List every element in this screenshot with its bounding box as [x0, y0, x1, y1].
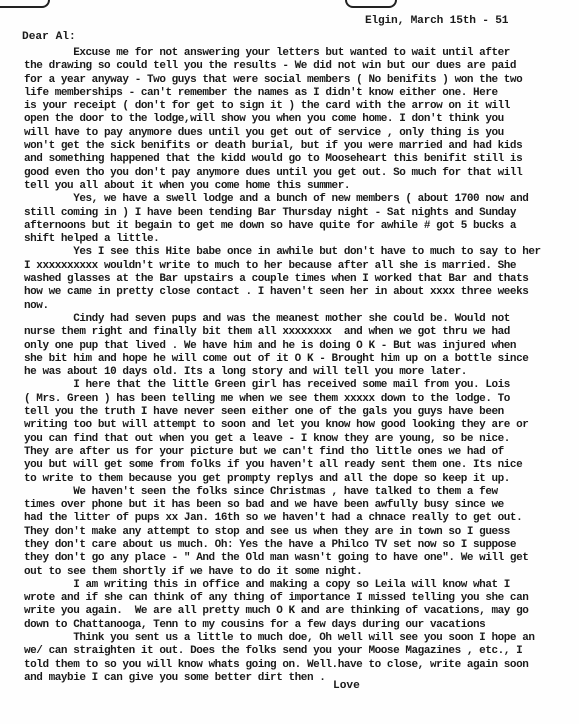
letter-line: open the door to the lodge,will show you…	[24, 113, 564, 126]
letter-line: still coming in ) I have been tending Ba…	[24, 207, 564, 220]
letter-line: will have to pay anymore dues until you …	[24, 127, 564, 140]
letter-line: They are after us for your picture but w…	[24, 446, 564, 459]
dateline: Elgin, March 15th - 51	[365, 15, 508, 27]
letter-line: only one pup that lived . We have him an…	[24, 340, 564, 353]
letter-line: writing too but will attempt to soon and…	[24, 419, 564, 432]
letter-line: I xxxxxxxxxx wouldn't write to much to h…	[24, 260, 564, 273]
letter-line: and something happened that the kidd wou…	[24, 153, 564, 166]
letterhead-stamp-left	[0, 0, 50, 8]
letter-line: They don't make any attempt to stop and …	[24, 526, 564, 539]
letter-body: Excuse me for not answering your letters…	[24, 47, 564, 685]
letter-line: shift helped a little.	[24, 233, 564, 246]
letterhead-stamp-right	[345, 0, 397, 8]
letter-line: afternoons but it begain to get me down …	[24, 220, 564, 233]
letter-line: nurse them right and finally bit them al…	[24, 326, 564, 339]
letter-line: Excuse me for not answering your letters…	[24, 47, 564, 60]
letter-line: times over phone but it has been so bad …	[24, 499, 564, 512]
letter-line: they don't care about us much. Oh: Yes t…	[24, 539, 564, 552]
letter-line: Cindy had seven pups and was the meanest…	[24, 313, 564, 326]
letter-line: they don't go any place - " And the Old …	[24, 552, 564, 565]
letter-line: we/ can straighten it out. Does the folk…	[24, 645, 564, 658]
letter-line: to write to them because you get prompty…	[24, 473, 564, 486]
letter-line: and maybie I can give you some better di…	[24, 672, 564, 685]
letter-line: tell you all about it when you come home…	[24, 180, 564, 193]
letter-line: I here that the little Green girl has re…	[24, 379, 564, 392]
letter-line: how we came in pretty close contact . I …	[24, 286, 564, 299]
letter-line: out to see them shortly if we have to do…	[24, 566, 564, 579]
letter-line: you but will get some from folks if you …	[24, 459, 564, 472]
letter-line: is your receipt ( don't for get to sign …	[24, 100, 564, 113]
letter-line: the drawing so could tell you the result…	[24, 60, 564, 73]
letter-line: had the litter of pups xx Jan. 16th so w…	[24, 512, 564, 525]
letter-line: he was about 10 days old. Its a long sto…	[24, 366, 564, 379]
letter-line: won't get the sick benifits or death bur…	[24, 140, 564, 153]
letter-line: Yes I see this Hite babe once in awhile …	[24, 246, 564, 259]
closing: Love	[333, 680, 360, 692]
letter-line: good even tho you don't pay anymore dues…	[24, 167, 564, 180]
letter-line: wrote and if she can think of any thing …	[24, 592, 564, 605]
letter-line: she bit him and hope he will come out of…	[24, 353, 564, 366]
letter-line: tell you the truth I have never seen eit…	[24, 406, 564, 419]
letter-line: write you again. We are all pretty much …	[24, 605, 564, 618]
letter-line: you can find that out when you get a lea…	[24, 433, 564, 446]
letter-line: I am writing this in office and making a…	[24, 579, 564, 592]
letter-line: washed glasses at the Bar upstairs a cou…	[24, 273, 564, 286]
letter-line: for a year anyway - Two guys that were s…	[24, 74, 564, 87]
letter-line: ( Mrs. Green ) has been telling me when …	[24, 393, 564, 406]
letter-line: told them to so you will know whats goin…	[24, 659, 564, 672]
letter-line: We haven't seen the folks since Christma…	[24, 486, 564, 499]
letter-line: Yes, we have a swell lodge and a bunch o…	[24, 193, 564, 206]
letter-line: now.	[24, 300, 564, 313]
salutation: Dear Al:	[22, 31, 76, 43]
letter-line: down to Chattanooga, Tenn to my cousins …	[24, 619, 564, 632]
letter-line: life memberships - can't remember the na…	[24, 87, 564, 100]
letter-line: Think you sent us a little to much doe, …	[24, 632, 564, 645]
